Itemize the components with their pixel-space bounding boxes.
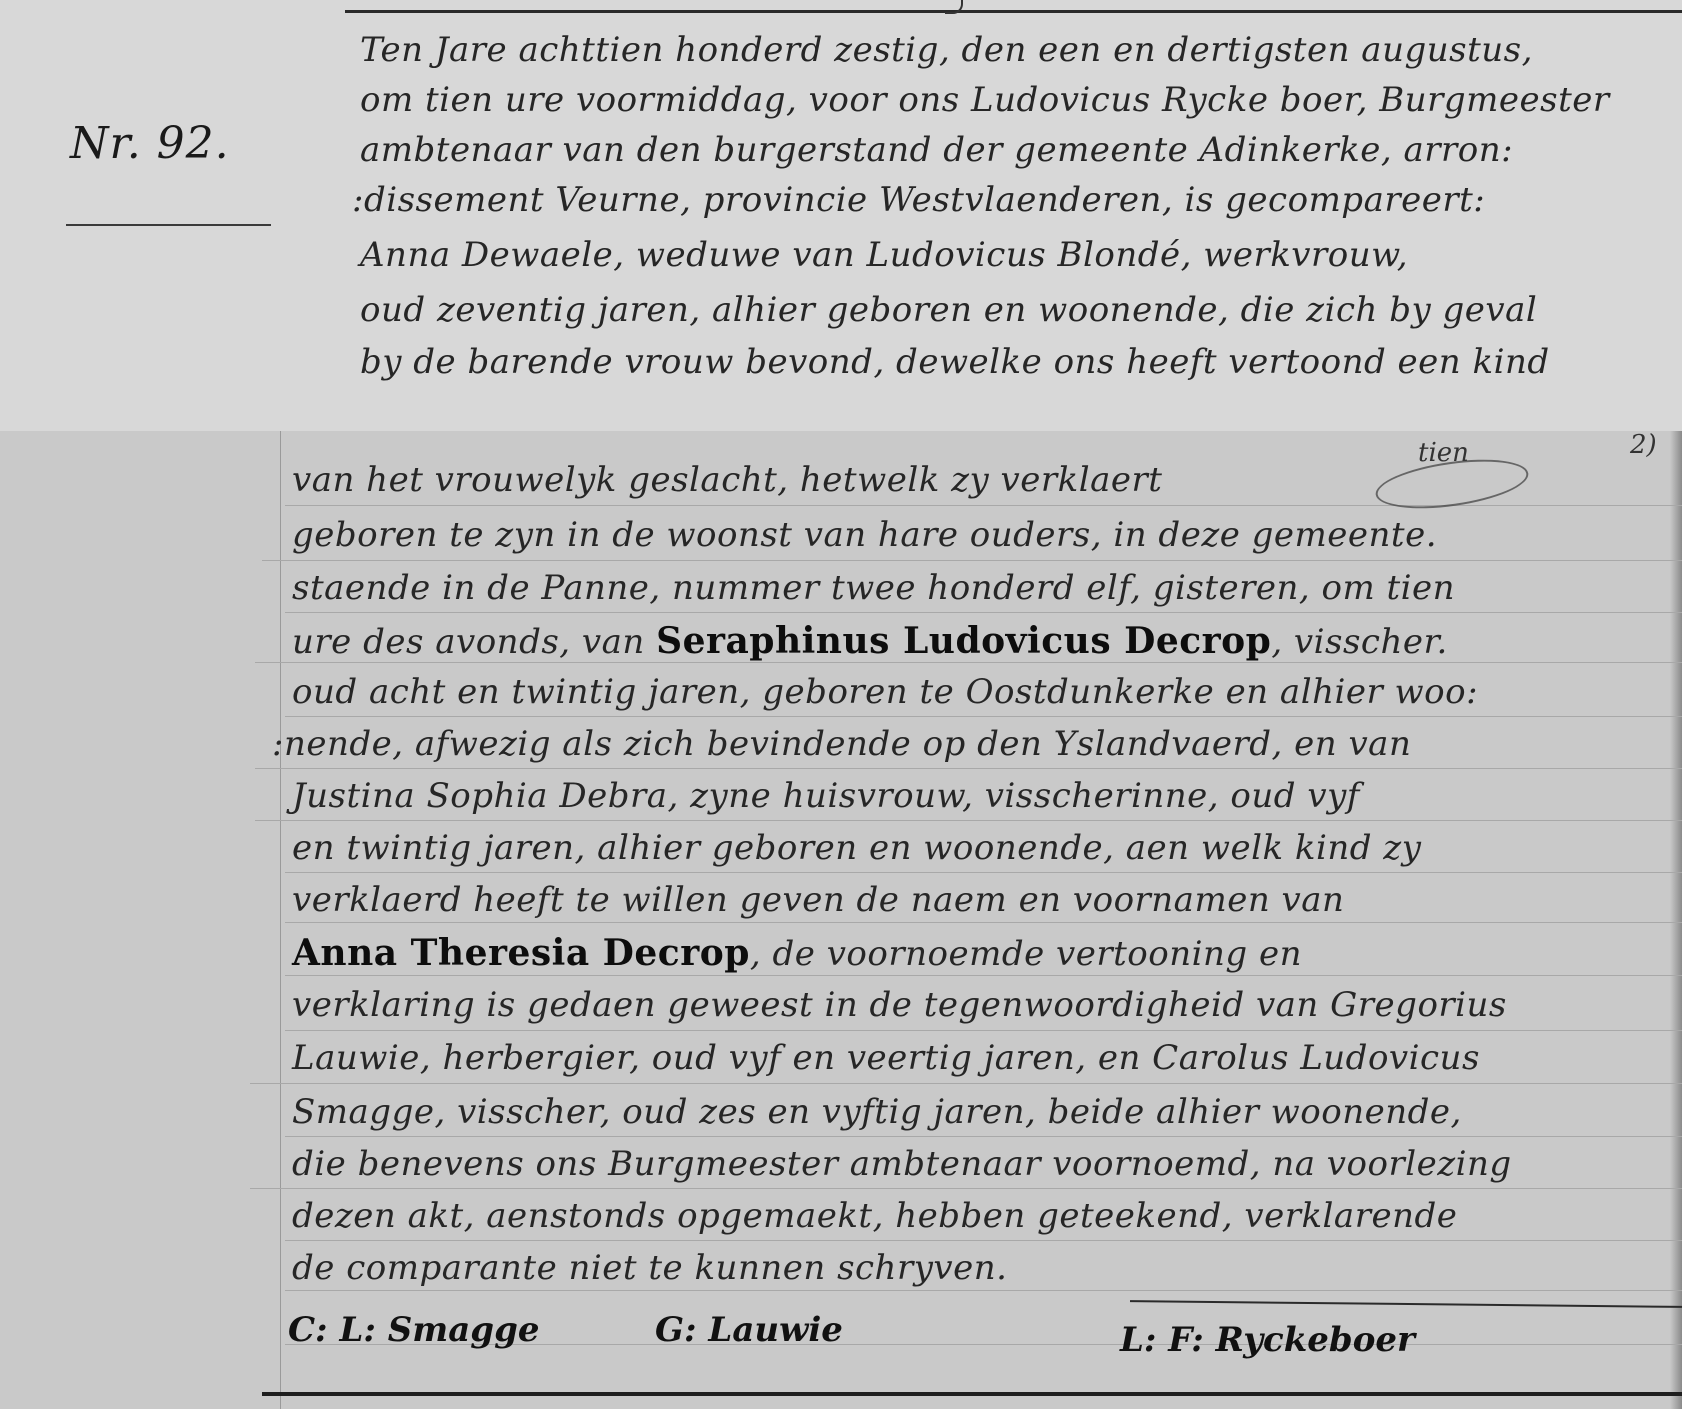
lower-line-10-text: de voornoemde vertooning en: [773, 934, 1302, 974]
act-number-underline: [66, 224, 271, 226]
upper-line-6: oud zeventig jaren, alhier geboren en wo…: [360, 290, 1537, 330]
upper-line-1: Ten Jare achttien honderd zestig, den ee…: [360, 30, 1533, 70]
upper-line-3: ambtenaar van den burgerstand der gemeen…: [360, 130, 1513, 170]
register-page: Nr. 92. Ten Jare achttien honderd zestig…: [0, 0, 1682, 1409]
ruled-line: [285, 1290, 1682, 1291]
ruled-line: [285, 716, 1682, 717]
lower-line-10: Anna Theresia Decrop, de voornoemde vert…: [292, 932, 1302, 974]
father-name: Seraphinus Ludovicus Decrop: [656, 620, 1271, 662]
upper-line-4: :dissement Veurne, provincie Westvlaende…: [352, 180, 1485, 220]
lower-line-4: ure des avonds, van Seraphinus Ludovicus…: [292, 620, 1448, 662]
ruled-line: [285, 612, 1682, 613]
signature-official-ryckeboer: L: F: Ryckeboer: [1120, 1320, 1415, 1360]
ruled-line: [250, 1188, 1682, 1189]
ruled-line: [285, 1030, 1682, 1031]
father-occupation: , visscher.: [1271, 622, 1447, 662]
ruled-line: [255, 820, 1682, 821]
lower-line-11: verklaring is gedaen geweest in de tegen…: [292, 985, 1507, 1025]
ruled-line: [262, 560, 1682, 561]
ruled-line: [250, 1083, 1682, 1084]
ruled-line: [285, 505, 1682, 506]
lower-line-9: verklaerd heeft te willen geven de naem …: [292, 880, 1344, 920]
signature-witness-lauwie: G: Lauwie: [655, 1310, 843, 1350]
left-margin-rule: [280, 431, 281, 1409]
ruled-line: [285, 1136, 1682, 1137]
top-separator-rule: [345, 10, 1682, 13]
bottom-separator-rule: [262, 1392, 1682, 1396]
lower-line-14: die benevens ons Burgmeester ambtenaar v…: [292, 1144, 1512, 1184]
lower-line-6: :nende, afwezig als zich bevindende op d…: [272, 724, 1411, 764]
signature-witness-smagge: C: L: Smagge: [288, 1310, 539, 1350]
lower-line-16: de comparante niet te kunnen schryven.: [292, 1248, 1007, 1288]
lower-line-8: en twintig jaren, alhier geboren en woon…: [292, 828, 1421, 868]
ruled-line: [285, 975, 1682, 976]
lower-line-12: Lauwie, herbergier, oud vyf en veertig j…: [292, 1038, 1480, 1078]
lower-line-1: van het vrouwelyk geslacht, hetwelk zy v…: [292, 460, 1162, 500]
ruled-line: [285, 1240, 1682, 1241]
ruled-line: [255, 662, 1682, 663]
ruled-line: [285, 922, 1682, 923]
lower-line-4-text: ure des avonds, van: [292, 622, 645, 662]
upper-line-7: by de barende vrouw bevond, dewelke ons …: [360, 342, 1550, 382]
ruled-line: [255, 768, 1682, 769]
lower-line-15: dezen akt, aenstonds opgemaekt, hebben g…: [292, 1196, 1457, 1236]
child-name: Anna Theresia Decrop: [292, 932, 750, 974]
ruled-line: [285, 872, 1682, 873]
lower-line-3: staende in de Panne, nummer twee honderd…: [292, 568, 1455, 608]
upper-line-5: Anna Dewaele, weduwe van Ludovicus Blond…: [360, 235, 1408, 275]
margin-annotation-mark: 2): [1630, 430, 1657, 460]
lower-line-7: Justina Sophia Debra, zyne huisvrouw, vi…: [292, 776, 1360, 816]
act-number: Nr. 92.: [70, 118, 230, 169]
lower-line-2: geboren te zyn in de woonst van hare oud…: [292, 515, 1437, 555]
lower-line-13: Smagge, visscher, oud zes en vyftig jare…: [292, 1092, 1462, 1132]
lower-line-5: oud acht en twintig jaren, geboren te Oo…: [292, 672, 1478, 712]
upper-line-2: om tien ure voormiddag, voor ons Ludovic…: [360, 80, 1610, 120]
